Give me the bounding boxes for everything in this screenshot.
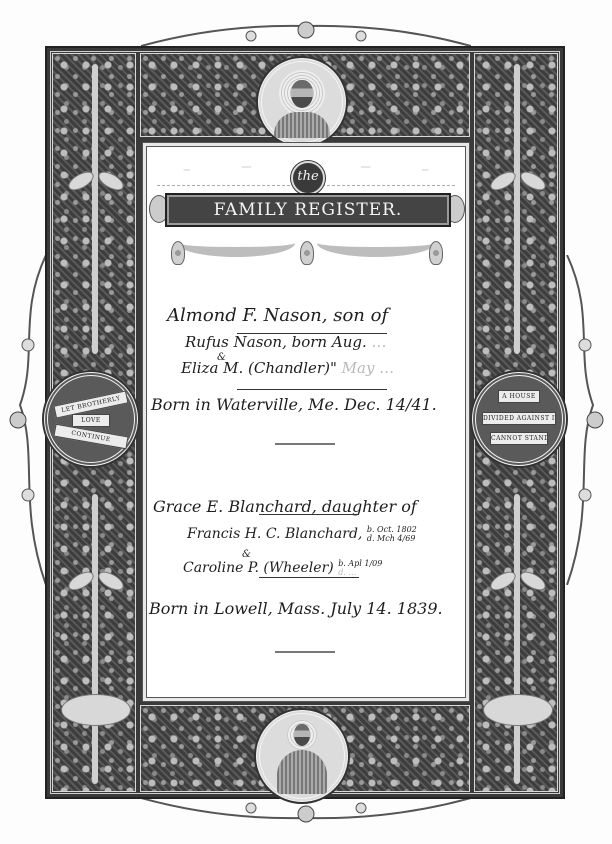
entry-1-mother-text: Eliza M. (Chandler)" <box>181 359 337 377</box>
floral-stem-icon <box>514 64 520 354</box>
entry-1-name-line: Almond F. Nason, son of <box>167 305 388 326</box>
entry-2-father-line: Francis H. C. Blanchard, b. Oct. 1802d. … <box>187 525 417 543</box>
leaf-icon <box>95 168 126 194</box>
entry-1-father-line: Rufus Nason, born Aug. … <box>185 333 387 351</box>
entry-1-father-text: Rufus Nason, born Aug. <box>185 333 367 351</box>
tassel-icon <box>171 241 185 265</box>
handwritten-underline <box>237 389 387 390</box>
robe-icon <box>277 750 327 794</box>
robe-icon <box>274 112 330 138</box>
right-inscription-medallion: A HOUSE DIVIDED AGAINST ITSELF CANNOT ST… <box>472 372 566 466</box>
left-inscription-medallion: LET BROTHERLY LOVE CONTINUE <box>44 372 138 466</box>
inscription-ribbon: DIVIDED AGAINST ITSELF <box>482 412 556 425</box>
register-panel: the FAMILY REGISTER. Almond F. Nason, so… <box>146 146 466 698</box>
garland-swag-icon <box>317 229 435 257</box>
entry-1-birth-line: Born in Waterville, Me. Dec. 14/41. <box>151 395 437 414</box>
floral-stem-icon <box>514 494 520 784</box>
page-title: FAMILY REGISTER. <box>165 193 451 227</box>
entry-2-mother-text: Caroline P. (Wheeler) <box>183 560 334 576</box>
christ-with-globe-icon <box>294 724 310 746</box>
leaf-icon <box>95 568 126 594</box>
family-register-page: LET BROTHERLY LOVE CONTINUE A HOUSE DIVI… <box>0 0 612 844</box>
entry-2-mother-dates: b. Apl 1/09d. … <box>338 559 382 577</box>
the-monogram: the <box>291 161 325 195</box>
tassel-icon <box>429 241 443 265</box>
portrait-christ-head-icon <box>291 80 313 108</box>
death-date-note: d. … <box>338 568 356 577</box>
right-scroll-flourish-icon <box>565 255 605 585</box>
faded-date: … <box>372 333 387 351</box>
bottom-crest-ornament-icon <box>141 798 471 824</box>
entry-divider <box>275 443 335 445</box>
entry-divider <box>275 651 335 653</box>
tassel-icon <box>300 241 314 265</box>
entry-2-birth-line: Born in Lowell, Mass. July 14. 1839. <box>149 599 443 618</box>
bottom-medallion <box>256 710 348 802</box>
acanthus-leaf-icon <box>61 694 131 726</box>
death-date-note: d. Mch 4/69 <box>367 534 416 543</box>
leaf-icon <box>517 168 548 194</box>
inscription-ribbon: LOVE <box>72 414 110 427</box>
top-crest-ornament-icon <box>141 20 471 46</box>
floral-stem-icon <box>92 494 98 784</box>
inscription-ribbon: CANNOT STAND <box>490 432 548 445</box>
left-scroll-flourish-icon <box>8 255 48 585</box>
faded-date: May … <box>342 359 395 377</box>
entry-2-father-text: Francis H. C. Blanchard, <box>187 526 362 542</box>
garland-swag-icon <box>177 229 295 257</box>
inscription-ribbon: CONTINUE <box>53 424 128 450</box>
entry-1-mother-line: Eliza M. (Chandler)" May … <box>181 359 394 377</box>
handwritten-underline <box>259 514 359 515</box>
entry-2-mother-line: Caroline P. (Wheeler) b. Apl 1/09d. … <box>183 559 382 577</box>
birth-date-note: b. Apl 1/09 <box>338 559 382 568</box>
birth-date-note: b. Oct. 1802 <box>367 525 417 534</box>
leaf-icon <box>517 568 548 594</box>
acanthus-leaf-icon <box>483 694 553 726</box>
top-medallion <box>258 58 346 146</box>
inscription-ribbon: A HOUSE <box>498 390 540 403</box>
handwritten-underline <box>259 577 359 578</box>
entry-2-father-dates: b. Oct. 1802d. Mch 4/69 <box>367 525 417 543</box>
floral-stem-icon <box>92 64 98 354</box>
